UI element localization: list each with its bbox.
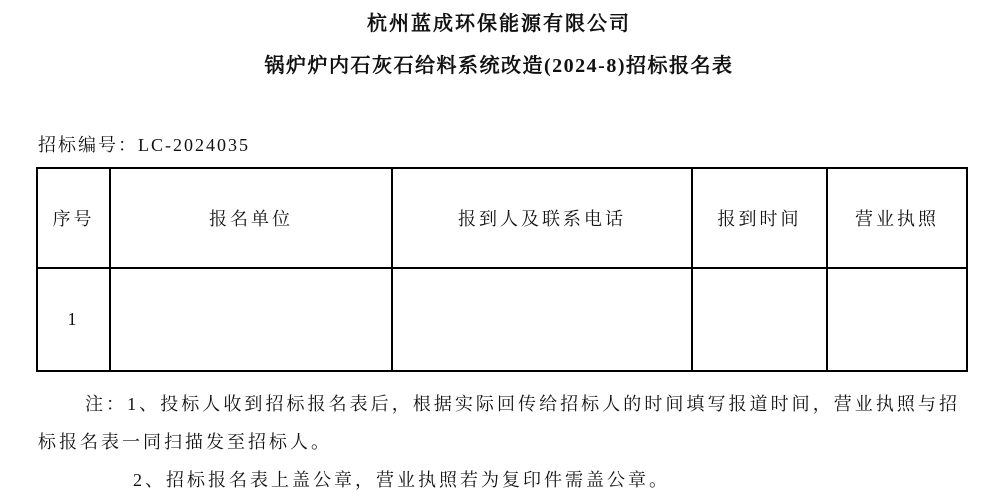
- header-license: 营业执照: [827, 168, 967, 268]
- tender-number-label: 招标编号：: [38, 135, 138, 155]
- note-1: 注：1、投标人收到招标报名表后，根据实际回传给招标人的时间填写报道时间，营业执照…: [38, 385, 960, 461]
- note-2: 2、招标报名表上盖公章，营业执照若为复印件需盖公章。: [38, 461, 960, 493]
- header-time: 报到时间: [692, 168, 827, 268]
- header-contact: 报到人及联系电话: [392, 168, 692, 268]
- tender-number-value: LC-2024035: [138, 135, 250, 155]
- header-seq: 序号: [37, 168, 110, 268]
- cell-license: [827, 268, 967, 371]
- form-title: 锅炉炉内石灰石给料系统改造(2024-8)招标报名表: [0, 52, 998, 80]
- cell-contact: [392, 268, 692, 371]
- table-row: 1: [37, 268, 967, 371]
- registration-table: 序号 报名单位 报到人及联系电话 报到时间 营业执照 1: [36, 167, 968, 372]
- tender-number-line: 招标编号：LC-2024035: [38, 133, 998, 157]
- table-header-row: 序号 报名单位 报到人及联系电话 报到时间 营业执照: [37, 168, 967, 268]
- cell-seq: 1: [37, 268, 110, 371]
- cell-time: [692, 268, 827, 371]
- company-title: 杭州蓝成环保能源有限公司: [0, 0, 998, 38]
- cell-company: [110, 268, 392, 371]
- document-page: 杭州蓝成环保能源有限公司 锅炉炉内石灰石给料系统改造(2024-8)招标报名表 …: [0, 0, 998, 493]
- header-company: 报名单位: [110, 168, 392, 268]
